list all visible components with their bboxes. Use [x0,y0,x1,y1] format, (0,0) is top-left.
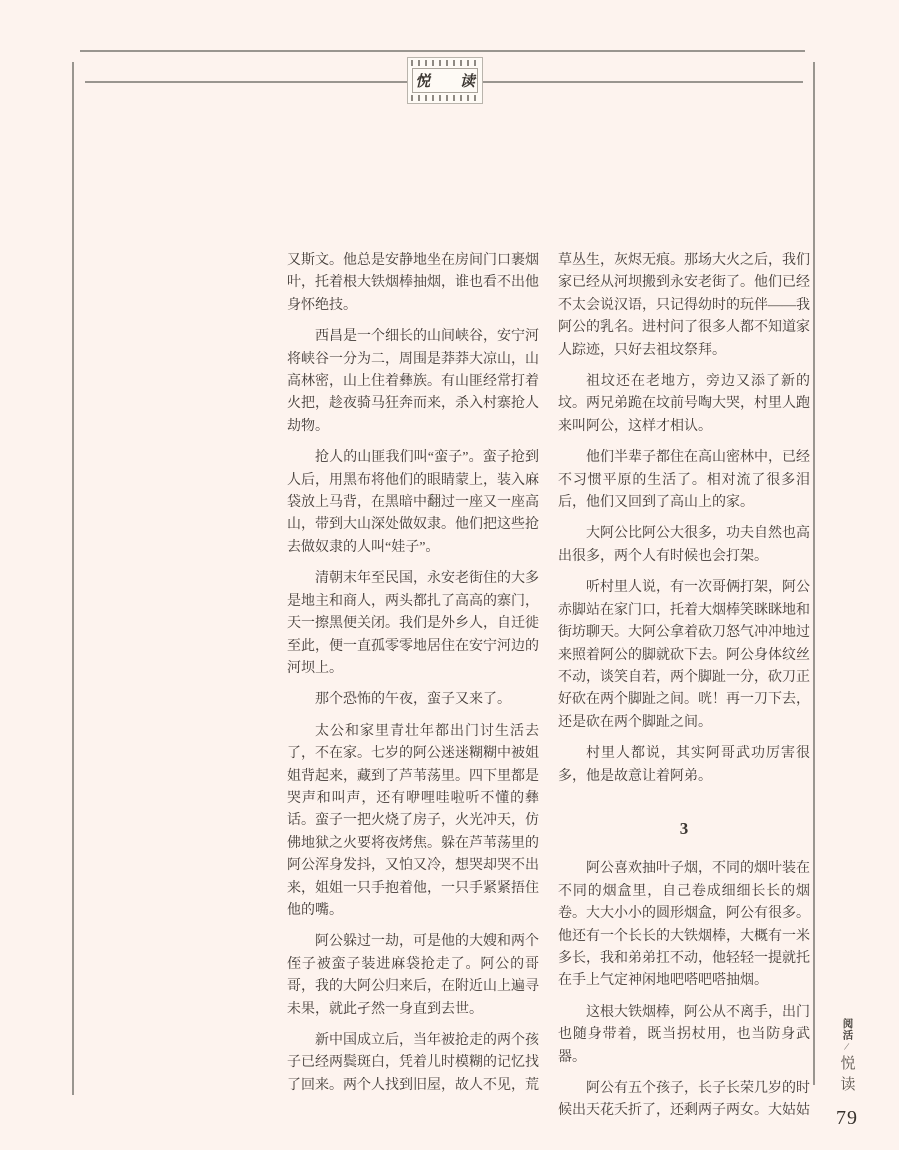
section-heading: 3 [558,818,810,840]
right-margin-rule [813,62,815,1085]
paragraph: 阿公躲过一劫，可是他的大嫂和两个侄子被蛮子装进麻袋抢走了。阿公的哥哥，我的大阿公… [287,931,539,1021]
paragraph: 抢人的山匪我们叫“蛮子”。蛮子抢到人后，用黑布将他们的眼睛蒙上，装入麻袋放上马背… [287,447,539,559]
paragraph: 那个恐怖的午夜，蛮子又来了。 [287,689,539,711]
stamp-inner-frame: 悦 读 [412,68,478,93]
paragraph: 这根大铁烟棒，阿公从不离手，出门也随身带着，既当拐杖用，也当防身武器。 [558,1002,810,1069]
paragraph: 听村里人说，有一次哥俩打架，阿公赤脚站在家门口，托着大烟棒笑眯眯地和街坊聊天。大… [558,577,810,734]
paragraph: 草丛生，灰烬无痕。那场大火之后，我们家已经从河坝搬到永安老街了。他们已经不太会说… [558,250,810,362]
paragraph: 大阿公比阿公大很多，功夫自然也高出很多，两个人有时候也会打架。 [558,523,810,568]
paragraph: 太公和家里青壮年都出门讨生活去了，不在家。七岁的阿公迷迷糊糊中被姐姐背起来，藏到… [287,721,539,923]
paragraph: 村里人都说，其实阿哥武功厉害很多，他是故意让着阿弟。 [558,743,810,788]
stamp-perforation-bottom [411,95,479,101]
sidebar-section-label: 悦读 [837,1055,858,1097]
section-title: 悦 读 [402,70,488,91]
sidebar-category-label: 阅活 [840,1018,855,1041]
stamp-perforation-top [411,60,479,66]
margin-sidebar: 阅活 / 悦读 79 [826,1018,868,1130]
right-column: 草丛生，灰烬无痕。那场大火之后，我们家已经从河坝搬到永安老街了。他们已经不太会说… [558,250,810,1132]
sidebar-separator: / [844,1042,850,1052]
magazine-page: 悦 读 又斯文。他总是安静地坐在房间门口裹烟叶，托着根大铁烟棒抽烟，谁也看不出他… [0,0,899,1150]
header-stamp: 悦 读 [407,57,483,104]
paragraph: 祖坟还在老地方，旁边又添了新的坟。两兄弟跪在坟前号啕大哭，村里人跑来叫阿公，这样… [558,371,810,438]
paragraph: 阿公喜欢抽叶子烟，不同的烟叶装在不同的烟盒里，自己卷成细细长长的烟卷。大大小小的… [558,858,810,992]
paragraph: 又斯文。他总是安静地坐在房间门口裹烟叶，托着根大铁烟棒抽烟，谁也看不出他身怀绝技… [287,250,539,317]
paragraph: 他们半辈子都住在高山密林中，已经不习惯平原的生活了。相对流了很多泪后，他们又回到… [558,447,810,514]
paragraph: 新中国成立后，当年被抢走的两个孩子已经两鬓斑白，凭着儿时模糊的记忆找了回来。两个… [287,1030,539,1097]
paragraph: 西昌是一个细长的山间峡谷，安宁河将峡谷一分为二，周围是莽莽大凉山，山高林密，山上… [287,326,539,438]
top-rule-outer [80,50,805,52]
left-column: 又斯文。他总是安静地坐在房间门口裹烟叶，托着根大铁烟棒抽烟，谁也看不出他身怀绝技… [287,250,539,1106]
paragraph: 阿公有五个孩子，长子长荣几岁的时候出天花夭折了，还剩两子两女。大姑姑 [558,1078,810,1123]
page-number: 79 [836,1107,858,1130]
left-margin-rule [72,62,74,1095]
paragraph: 清朝末年至民国，永安老街住的大多是地主和商人，两头都扎了高高的寨门，天一擦黑便关… [287,568,539,680]
